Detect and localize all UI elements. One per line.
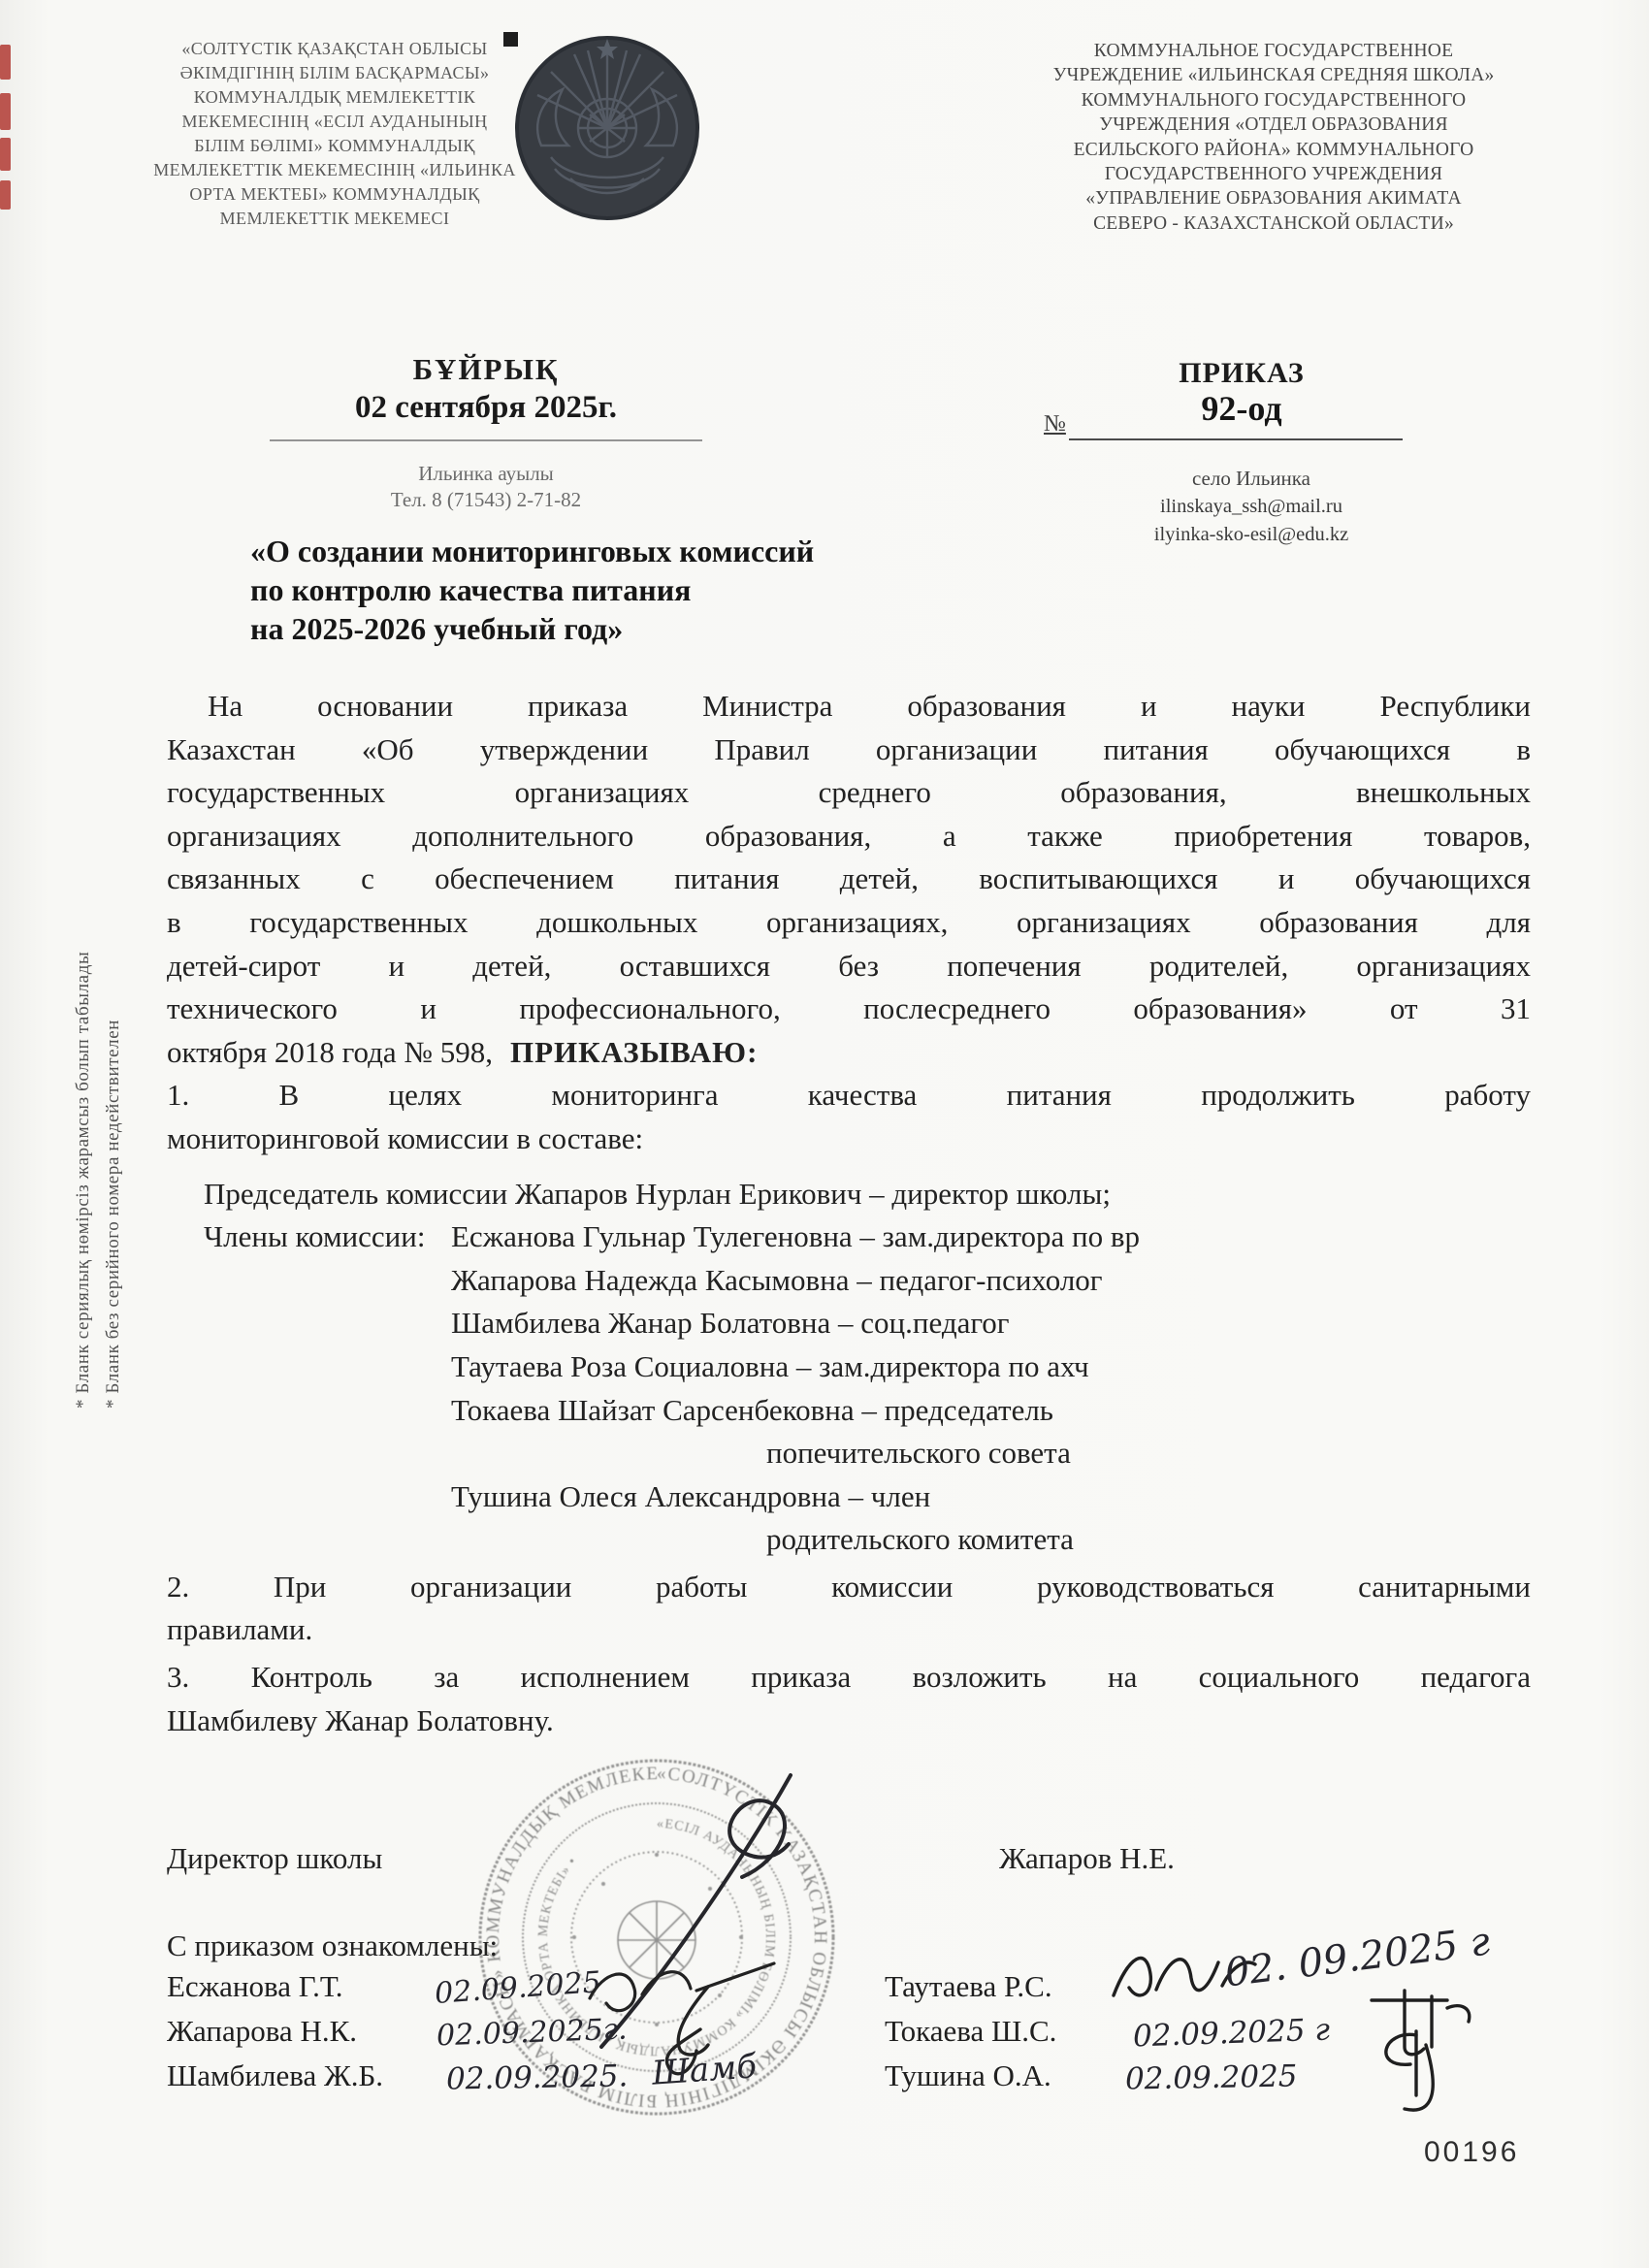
email-primary: ilinskaya_ssh@mail.ru [1096,493,1406,521]
ack-date-handwritten: 02.09.2025г. [436,2013,628,2054]
director-name: Жапаров Н.Е. [999,1841,1175,1876]
number-underline [1069,438,1403,440]
scan-edge-mark [0,93,11,130]
org-line: МЕКЕМЕСІНІҢ «ЕСІЛ АУДАНЫНЫҢ [134,110,535,134]
order-type-ru: ПРИКАЗ [1106,357,1377,390]
member-item: Шамбилева Жанар Болатовна – соц.педагог [167,1302,1531,1345]
org-line: «СОЛТҮСТІК ҚАЗАҚСТАН ОБЛЫСЫ [134,37,535,61]
body-line: Казахстан «Об утверждении Правил организ… [167,729,1531,772]
order-title-line: по контролю качества питания [250,570,987,609]
member-item: Таутаева Роза Социаловна – зам.директора… [167,1345,1531,1389]
body-line: в государственных дошкольных организация… [167,901,1531,945]
body-line: детей-сирот и детей, оставшихся без попе… [167,945,1531,988]
org-line: ОРТА МЕКТЕБІ» КОММУНАЛДЫҚ [134,182,535,207]
letterhead-russian: КОММУНАЛЬНОЕ ГОСУДАРСТВЕННОЕ УЧРЕЖДЕНИЕ … [997,39,1550,236]
kazakhstan-emblem-icon [512,31,702,221]
org-line: КОММУНАЛЬНОГО ГОСУДАРСТВЕННОГО [997,88,1550,113]
org-line: ЕСИЛЬСКОГО РАЙОНА» КОММУНАЛЬНОГО [997,138,1550,162]
org-line: БІЛІМ БӨЛІМІ» КОММУНАЛДЫҚ [134,134,535,158]
org-line: ӘКІМДІГІНІҢ БІЛІМ БАСҚАРМАСЫ» [134,61,535,85]
members-label: Члены комиссии: [204,1215,451,1259]
member-item: Жапарова Надежда Касымовна – педагог-пси… [167,1259,1531,1303]
p1-last-text: октября 2018 года № 598, [167,1035,493,1069]
order-title: «О создании мониторинговых комиссий по к… [250,532,987,648]
director-label: Директор школы [167,1841,382,1876]
org-line: УЧРЕЖДЕНИЯ «ОТДЕЛ ОБРАЗОВАНИЯ [997,113,1550,137]
ack-name: Таутаева Р.С. [885,1969,1052,2004]
ack-date-handwritten: 02.09.2025 г [1132,2012,1330,2054]
org-line: «УПРАВЛЕНИЕ ОБРАЗОВАНИЯ АКИМАТА [997,186,1550,211]
order-place-ru: село Ильинка [1096,464,1406,493]
ack-name: Тушина О.А. [885,2058,1051,2093]
member-item-continuation: родительского комитета [167,1518,1531,1562]
member-item: Токаева Шайзат Сарсенбековна – председат… [167,1389,1531,1433]
org-line: СЕВЕРО - КАЗАХСТАНСКОЙ ОБЛАСТИ» [997,211,1550,236]
order-body: На основании приказа Министра образовани… [167,685,1531,1742]
scan-edge-mark [0,180,11,210]
order-date: 02 сентября 2025г. [270,388,702,427]
number-sign: № [1044,411,1066,437]
body-line: 1. В целях мониторинга качества питания … [167,1074,1531,1118]
body-line: 2. При организации работы комиссии руков… [167,1566,1531,1609]
ack-name: Жапарова Н.К. [167,2014,357,2049]
body-line: технического и профессионального, послес… [167,988,1531,1031]
blank-note-ru: * Бланк без серийного номера недействите… [98,815,128,1409]
ack-label: С приказом ознакомлены: [167,1928,498,1963]
scanned-order-document: «СОЛТҮСТІК ҚАЗАҚСТАН ОБЛЫСЫ ӘКІМДІГІНІҢ … [0,0,1649,2268]
org-line: МЕМЛЕКЕТТІК МЕКЕМЕСІ [134,207,535,231]
org-line: КОММУНАЛЬНОЕ ГОСУДАРСТВЕННОЕ [997,39,1550,63]
org-line: ГОСУДАРСТВЕННОГО УЧРЕЖДЕНИЯ [997,162,1550,186]
commission-chair: Председатель комиссии Жапаров Нурлан Ери… [167,1173,1531,1216]
commission-members-row: Члены комиссии:Есжанова Гульнар Тулегено… [167,1215,1531,1259]
order-meta-kk: БҰЙРЫҚ 02 сентября 2025г. Ильинка ауылы … [270,351,702,513]
org-line: КОММУНАЛДЫҚ МЕМЛЕКЕТТІК [134,85,535,110]
order-number: 92-од [1106,390,1377,427]
tushina-signature [1356,2024,1463,2121]
member-item-continuation: попечительского совета [167,1432,1531,1475]
body-line: 3. Контроль за исполнением приказа возло… [167,1656,1531,1700]
page-serial-number: 00196 [1424,2136,1519,2169]
blank-validity-notes: * Бланк сериялық нөмірсіз жарамсыз болып… [68,815,128,1409]
member-item: Есжанова Гульнар Тулегеновна – зам.дирек… [451,1219,1140,1253]
ack-date-handwritten: 02.09.2025 [1125,2058,1298,2096]
order-title-line: на 2025-2026 учебный год» [250,609,987,648]
order-place-ru-block: село Ильинка ilinskaya_ssh@mail.ru ilyin… [1096,464,1406,549]
divider-line [270,439,702,441]
body-line: октября 2018 года № 598,ПРИКАЗЫВАЮ: [167,1031,1531,1075]
order-place-kk: Ильинка ауылы [270,461,702,487]
shambileva-signature: Шамб [651,2047,759,2092]
scan-edge-mark [0,138,11,171]
body-line: государственных организациях среднего об… [167,771,1531,815]
email-secondary: ilyinka-sko-esil@edu.kz [1096,521,1406,549]
org-line: МЕМЛЕКЕТТІК МЕКЕМЕСІНІҢ «ИЛЬИНКА [134,158,535,182]
letterhead-kazakh: «СОЛТҮСТІК ҚАЗАҚСТАН ОБЛЫСЫ ӘКІМДІГІНІҢ … [134,37,535,231]
blank-note-kk: * Бланк сериялық нөмірсіз жарамсыз болып… [68,815,98,1409]
member-item: Тушина Олеся Александровна – член [167,1475,1531,1519]
order-type-kk: БҰЙРЫҚ [270,351,702,388]
body-line: связанных с обеспечением питания детей, … [167,858,1531,901]
order-phone: Тел. 8 (71543) 2-71-82 [270,487,702,513]
org-line: УЧРЕЖДЕНИЕ «ИЛЬИНСКАЯ СРЕДНЯЯ ШКОЛА» [997,63,1550,87]
ack-name: Есжанова Г.Т. [167,1969,342,2004]
body-line: На основании приказа Министра образовани… [167,685,1531,729]
order-title-line: «О создании мониторинговых комиссий [250,532,987,570]
body-line: правилами. [167,1608,1531,1652]
order-meta-ru: ПРИКАЗ 92-од [1106,357,1377,427]
body-line: мониторинговой комиссии в составе: [167,1118,1531,1161]
ack-date-handwritten: 02.09.2025. [446,2058,629,2096]
decree-word: ПРИКАЗЫВАЮ: [510,1035,758,1069]
ack-name: Токаева Ш.С. [885,2014,1056,2049]
ack-name: Шамбилева Ж.Б. [167,2058,383,2093]
body-line: организациях дополнительного образования… [167,815,1531,859]
scan-edge-mark [0,45,11,80]
